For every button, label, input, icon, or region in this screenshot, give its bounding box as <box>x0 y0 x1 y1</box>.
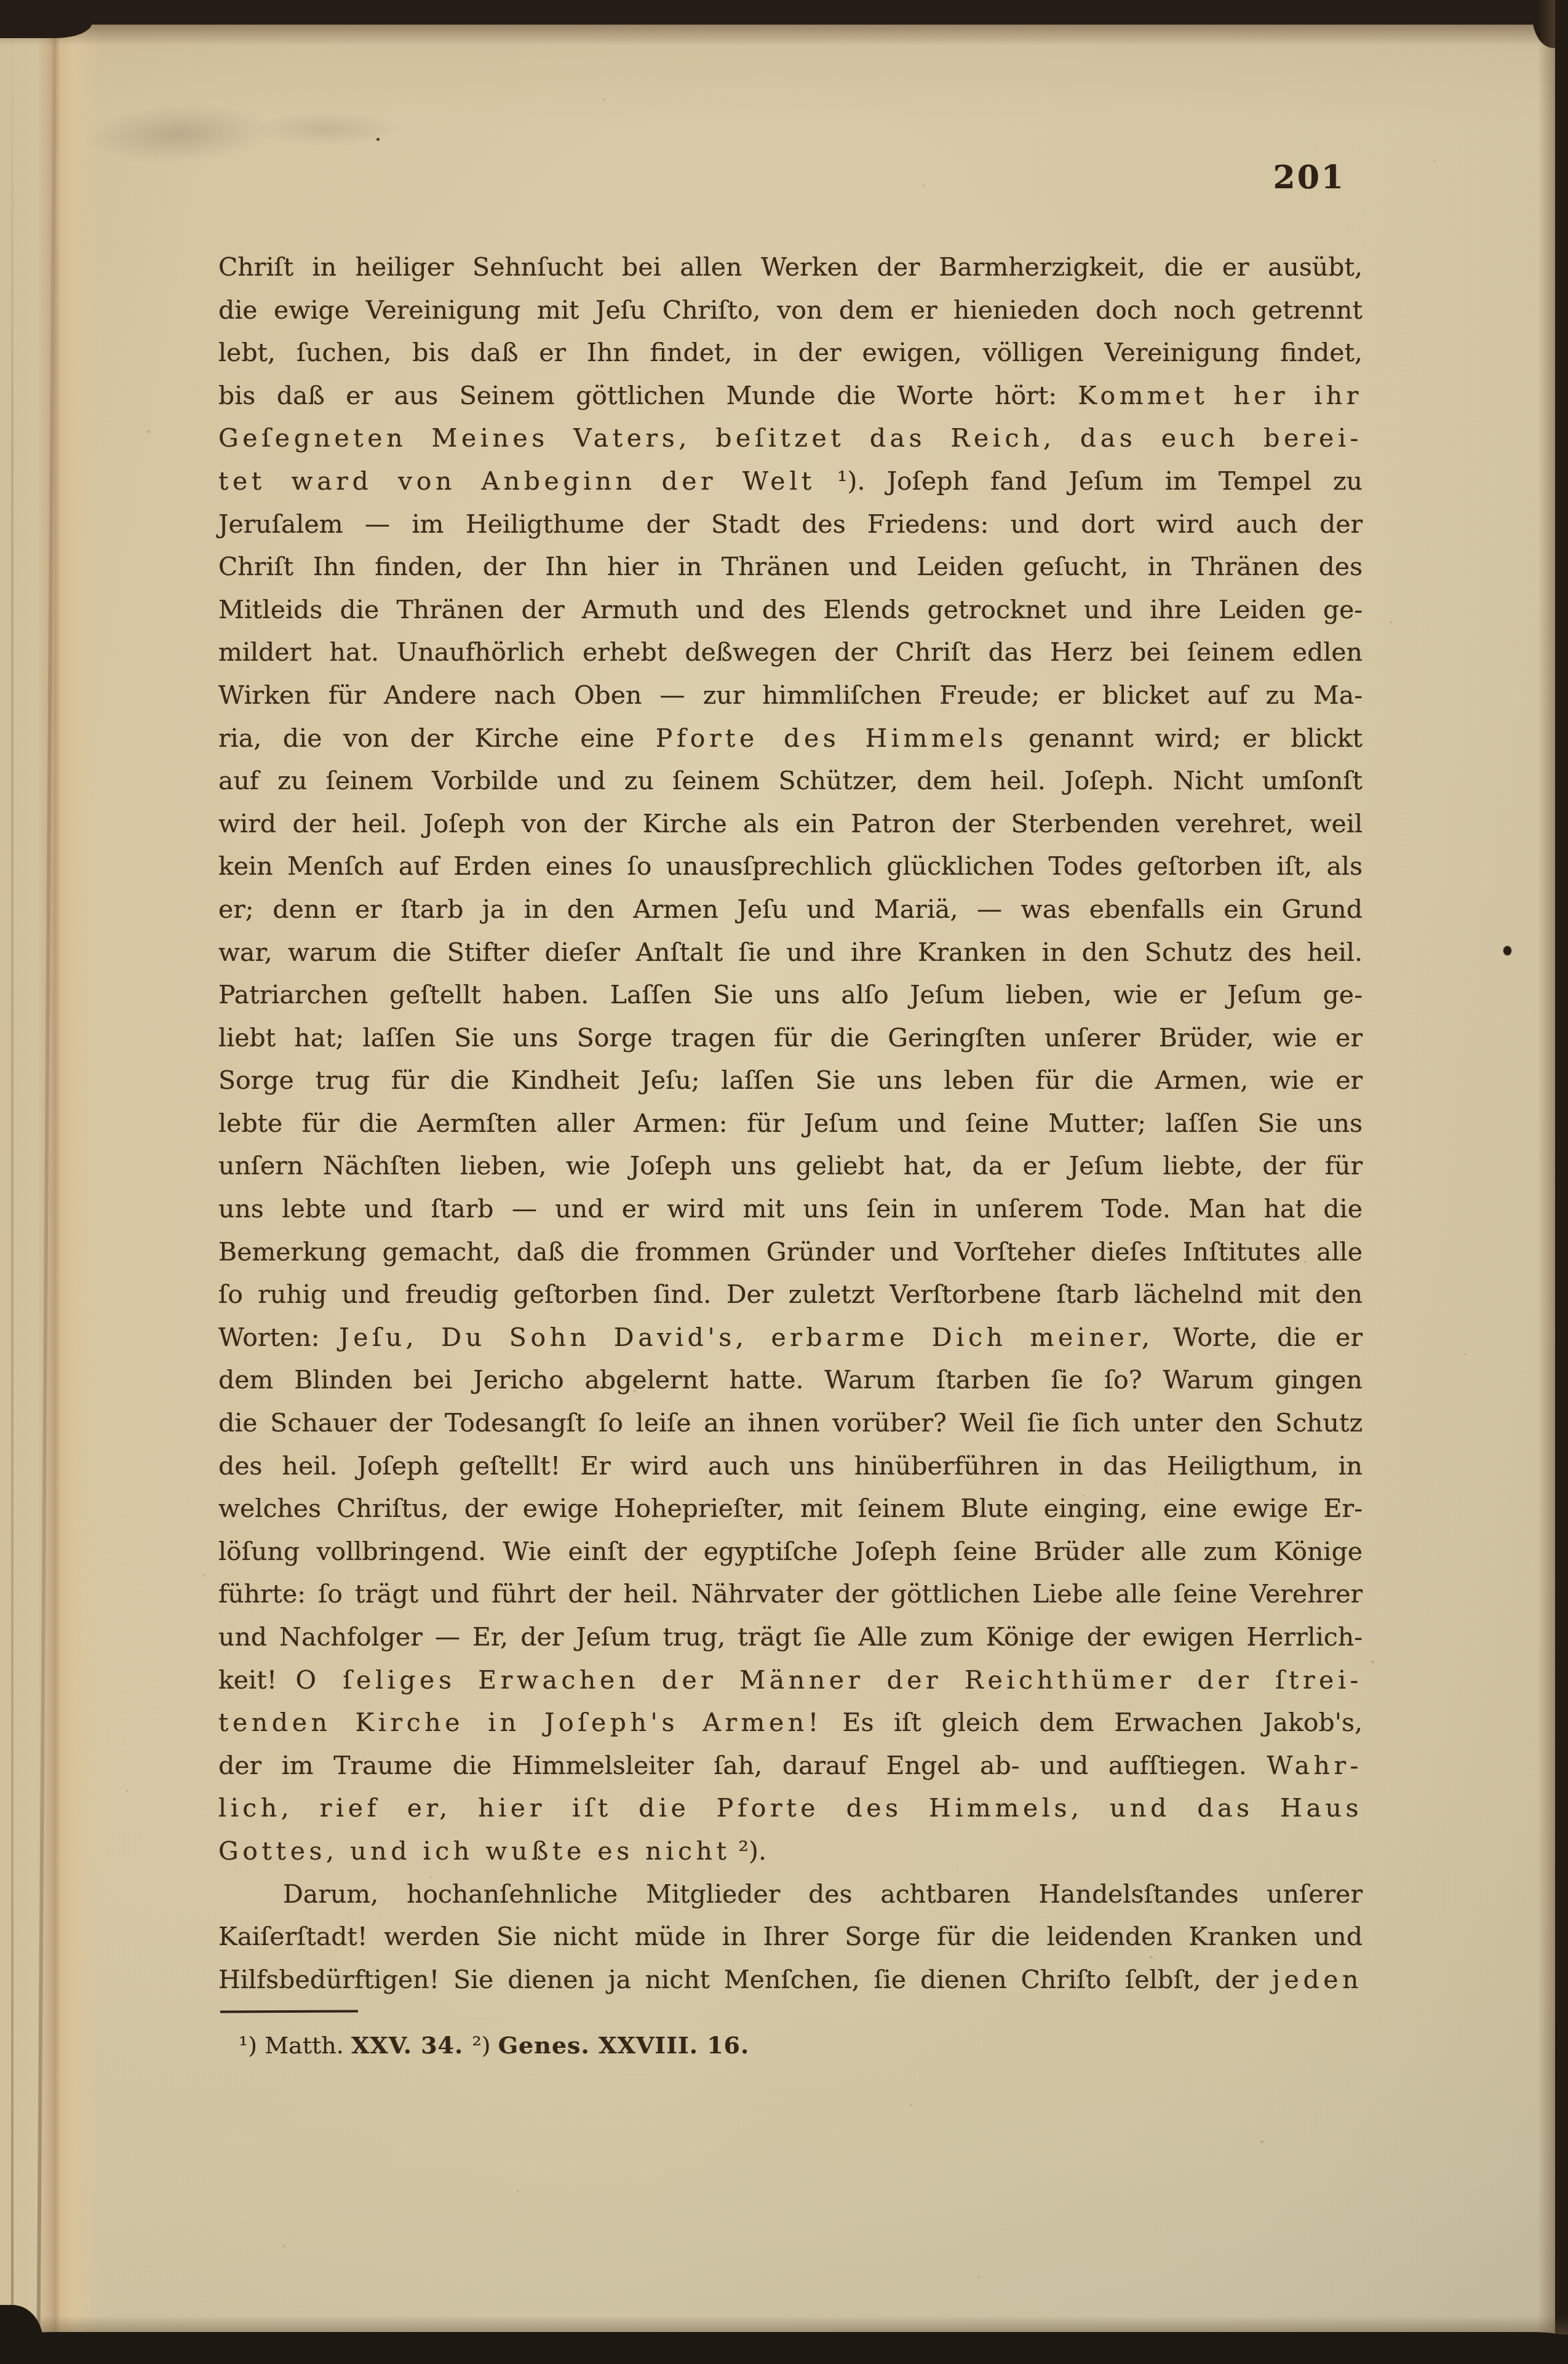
text-line: bis daß er aus Seinem göttlichen Munde d… <box>218 375 1363 418</box>
letterspaced-emphasis-text: O ſeliges Erwachen der Männer der Reicht… <box>295 1665 1363 1695</box>
text-segment: Es iſt gleich dem Erwachen Jakob's, <box>822 1708 1363 1737</box>
text-segment: Mitleids die Thränen der Armuth und des … <box>218 595 1363 624</box>
text-segment: Patriarchen geſtellt haben. Laſſen Sie u… <box>218 980 1363 1009</box>
text-segment: Darum, hochanſehnliche Mitglieder des ac… <box>283 1879 1363 1909</box>
text-line: wird der heil. Joſeph von der Kirche als… <box>218 803 1363 846</box>
right-edge-shadow <box>1538 0 1556 2364</box>
text-segment: er; denn er ſtarb ja in den Armen Jeſu u… <box>218 894 1363 924</box>
letterspaced-emphasis-text: lich, rief er, hier iſt die Pforte des H… <box>218 1793 1363 1823</box>
footnote: ¹) Matth. XXV. 34. ²) Genes. XXVIII. 16. <box>220 2031 1100 2059</box>
text-line: dem Blinden bei Jericho abgelernt hatte.… <box>218 1359 1363 1402</box>
text-segment: uns lebte und ſtarb — und er wird mit un… <box>218 1194 1363 1224</box>
text-line: lich, rief er, hier iſt die Pforte des H… <box>218 1787 1363 1830</box>
text-segment: keit! <box>218 1665 295 1695</box>
text-segment: löſung vollbringend. Wie einſt der egypt… <box>218 1537 1363 1566</box>
text-line: Hilfsbedürftigen! Sie dienen ja nicht Me… <box>218 1959 1363 2002</box>
text-line: und Nachfolger — Er, der Jeſum trug, trä… <box>218 1616 1363 1659</box>
text-line: ria, die von der Kirche eine Pforte des … <box>218 717 1363 760</box>
text-segment: lebt, ſuchen, bis daß er Ihn findet, in … <box>218 338 1363 367</box>
text-segment: Wirken für Andere nach Oben — zur himmli… <box>218 680 1363 710</box>
text-segment: liebt hat; laſſen Sie uns Sorge tragen f… <box>218 1023 1363 1053</box>
text-segment: Chriſt Ihn finden, der Ihn hier in Thrän… <box>218 552 1363 581</box>
text-segment: mildert hat. Unaufhörlich erhebt deßwege… <box>218 637 1363 667</box>
text-segment: ¹). Joſeph fand Jeſum im Tempel zu <box>816 466 1363 496</box>
text-segment: dem Blinden bei Jericho abgelernt hatte.… <box>218 1365 1363 1395</box>
text-line: Wirken für Andere nach Oben — zur himmli… <box>218 674 1363 717</box>
text-line: kein Menſch auf Erden eines ſo unausſpre… <box>218 845 1363 888</box>
letterspaced-emphasis-text: Jeſu, Du Sohn David's, erbarme Dich mein… <box>339 1323 1153 1352</box>
text-segment: bis daß er aus Seinem göttlichen Munde d… <box>218 381 1078 410</box>
text-line: Gottes, und ich wußte es nicht ²). <box>218 1830 1363 1873</box>
text-segment: des heil. Joſeph geſtellt! Er wird auch … <box>218 1451 1363 1481</box>
text-line: löſung vollbringend. Wie einſt der egypt… <box>218 1530 1363 1574</box>
text-segment: Jeruſalem — im Heiligthume der Stadt des… <box>218 509 1363 539</box>
text-segment: ria, die von der Kirche eine <box>218 723 656 753</box>
text-line: die Schauer der Todesangſt ſo leiſe an i… <box>218 1402 1363 1445</box>
text-segment: die Schauer der Todesangſt ſo leiſe an i… <box>218 1408 1363 1438</box>
text-line: führte: ſo trägt und führt der heil. Näh… <box>218 1573 1363 1616</box>
text-line: Chriſt Ihn finden, der Ihn hier in Thrän… <box>218 546 1363 589</box>
text-line: war, warum die Stifter dieſer Anſtalt ſi… <box>218 931 1363 974</box>
text-line: tet ward von Anbeginn der Welt ¹). Joſep… <box>218 460 1363 503</box>
text-segment: ſo ruhig und freudig geſtorben ſind. Der… <box>218 1280 1363 1309</box>
text-segment: und Nachfolger — Er, der Jeſum trug, trä… <box>218 1622 1363 1652</box>
text-line: liebt hat; laſſen Sie uns Sorge tragen f… <box>218 1017 1363 1060</box>
letterspaced-emphasis-text: Gottes, und ich wußte es nicht <box>218 1836 731 1866</box>
text-line: uns lebte und ſtarb — und er wird mit un… <box>218 1188 1363 1231</box>
text-segment: der im Traume die Himmelsleiter ſah, dar… <box>218 1751 1267 1780</box>
text-line: Bemerkung gemacht, daß die frommen Gründ… <box>218 1231 1363 1274</box>
scan-background-bottom <box>0 2332 1568 2364</box>
text-line: lebt, ſuchen, bis daß er Ihn findet, in … <box>218 332 1363 375</box>
pencil-smudge <box>252 112 400 146</box>
footnote-separator <box>220 2010 358 2013</box>
text-segment: wird der heil. Joſeph von der Kirche als… <box>218 809 1363 838</box>
text-segment: Hilfsbedürftigen! Sie dienen ja nicht Me… <box>218 1965 1272 1994</box>
text-line: welches Chriſtus, der ewige Hoheprieſter… <box>218 1487 1363 1530</box>
text-line: lebte für die Aermſten aller Armen: für … <box>218 1102 1363 1145</box>
text-line: die ewige Vereinigung mit Jeſu Chriſto, … <box>218 289 1363 332</box>
text-segment: war, warum die Stifter dieſer Anſtalt ſi… <box>218 937 1363 967</box>
text-line: Jeruſalem — im Heiligthume der Stadt des… <box>218 503 1363 546</box>
text-line: auf zu ſeinem Vorbilde und zu ſeinem Sch… <box>218 760 1363 803</box>
scan-background-right <box>1555 0 1568 2364</box>
letterspaced-emphasis-text: tet ward von Anbeginn der Welt <box>218 466 816 496</box>
text-line: Worten: Jeſu, Du Sohn David's, erbarme D… <box>218 1316 1363 1359</box>
footnote-text: ²) <box>472 2032 498 2059</box>
text-line: er; denn er ſtarb ja in den Armen Jeſu u… <box>218 888 1363 931</box>
text-segment: kein Menſch auf Erden eines ſo unausſpre… <box>218 851 1363 881</box>
text-line: des heil. Joſeph geſtellt! Er wird auch … <box>218 1445 1363 1488</box>
text-segment: welches Chriſtus, der ewige Hoheprieſter… <box>218 1494 1363 1523</box>
text-line: Sorge trug für die Kindheit Jeſu; laſſen… <box>218 1059 1363 1102</box>
text-segment: Worte, die er <box>1153 1323 1363 1352</box>
text-segment: Kaiſerſtadt! werden Sie nicht müde in Ih… <box>218 1922 1363 1951</box>
scan-background-top-left <box>0 0 92 38</box>
text-line: Chriſt in heiliger Sehnſucht bei allen W… <box>218 246 1363 289</box>
footnote-reference-bold: XXV. 34. <box>351 2031 472 2059</box>
text-segment: Sorge trug für die Kindheit Jeſu; laſſen… <box>218 1065 1363 1095</box>
text-line: unſern Nächſten lieben, wie Joſeph uns g… <box>218 1145 1363 1188</box>
text-line: Kaiſerſtadt! werden Sie nicht müde in Ih… <box>218 1916 1363 1959</box>
footnote-reference-bold: Genes. XXVIII. 16. <box>498 2031 750 2059</box>
letterspaced-emphasis-text: Pforte des Himmels <box>656 723 1008 753</box>
text-segment: Worten: <box>218 1323 339 1352</box>
text-segment: ²). <box>731 1836 767 1866</box>
letterspaced-emphasis-text: Kommet her ihr <box>1078 381 1363 410</box>
text-segment: Bemerkung gemacht, daß die frommen Gründ… <box>218 1237 1363 1267</box>
text-line: Mitleids die Thränen der Armuth und des … <box>218 589 1363 632</box>
text-segment: die ewige Vereinigung mit Jeſu Chriſto, … <box>218 295 1363 325</box>
text-line: Geſegneten Meines Vaters, beſitzet das R… <box>218 417 1363 460</box>
letterspaced-emphasis-text: jeden <box>1272 1965 1363 1994</box>
ink-spot <box>1503 946 1511 955</box>
text-line: Patriarchen geſtellt haben. Laſſen Sie u… <box>218 974 1363 1017</box>
text-line: Darum, hochanſehnliche Mitglieder des ac… <box>218 1873 1363 1916</box>
body-text: Chriſt in heiliger Sehnſucht bei allen W… <box>218 246 1363 2001</box>
pencil-smudge <box>82 100 276 168</box>
scan-background-top <box>0 0 1568 25</box>
scanned-book-page: 201 Chriſt in heiliger Sehnſucht bei all… <box>0 0 1568 2364</box>
page-number: 201 <box>218 159 1345 196</box>
text-line: keit! O ſeliges Erwachen der Männer der … <box>218 1659 1363 1702</box>
text-segment: lebte für die Aermſten aller Armen: für … <box>218 1108 1363 1138</box>
text-line: mildert hat. Unaufhörlich erhebt deßwege… <box>218 631 1363 674</box>
letterspaced-emphasis-text: Wahr- <box>1267 1751 1363 1780</box>
text-segment: führte: ſo trägt und führt der heil. Näh… <box>218 1579 1363 1609</box>
adjacent-page-edge <box>11 37 14 2350</box>
top-edge-shadow <box>0 23 1568 46</box>
text-segment: auf zu ſeinem Vorbilde und zu ſeinem Sch… <box>218 766 1363 795</box>
text-line: der im Traume die Himmelsleiter ſah, dar… <box>218 1745 1363 1788</box>
text-line: ſo ruhig und freudig geſtorben ſind. Der… <box>218 1273 1363 1316</box>
text-segment: genannt wird; er blickt <box>1007 723 1363 753</box>
text-line: tenden Kirche in Joſeph's Armen! Es iſt … <box>218 1701 1363 1745</box>
text-segment: unſern Nächſten lieben, wie Joſeph uns g… <box>218 1151 1363 1180</box>
letterspaced-emphasis-text: Geſegneten Meines Vaters, beſitzet das R… <box>218 423 1363 453</box>
footnote-text: ¹) Matth. <box>239 2032 351 2059</box>
letterspaced-emphasis-text: tenden Kirche in Joſeph's Armen! <box>218 1708 822 1737</box>
text-segment: Chriſt in heiliger Sehnſucht bei allen W… <box>218 252 1363 282</box>
